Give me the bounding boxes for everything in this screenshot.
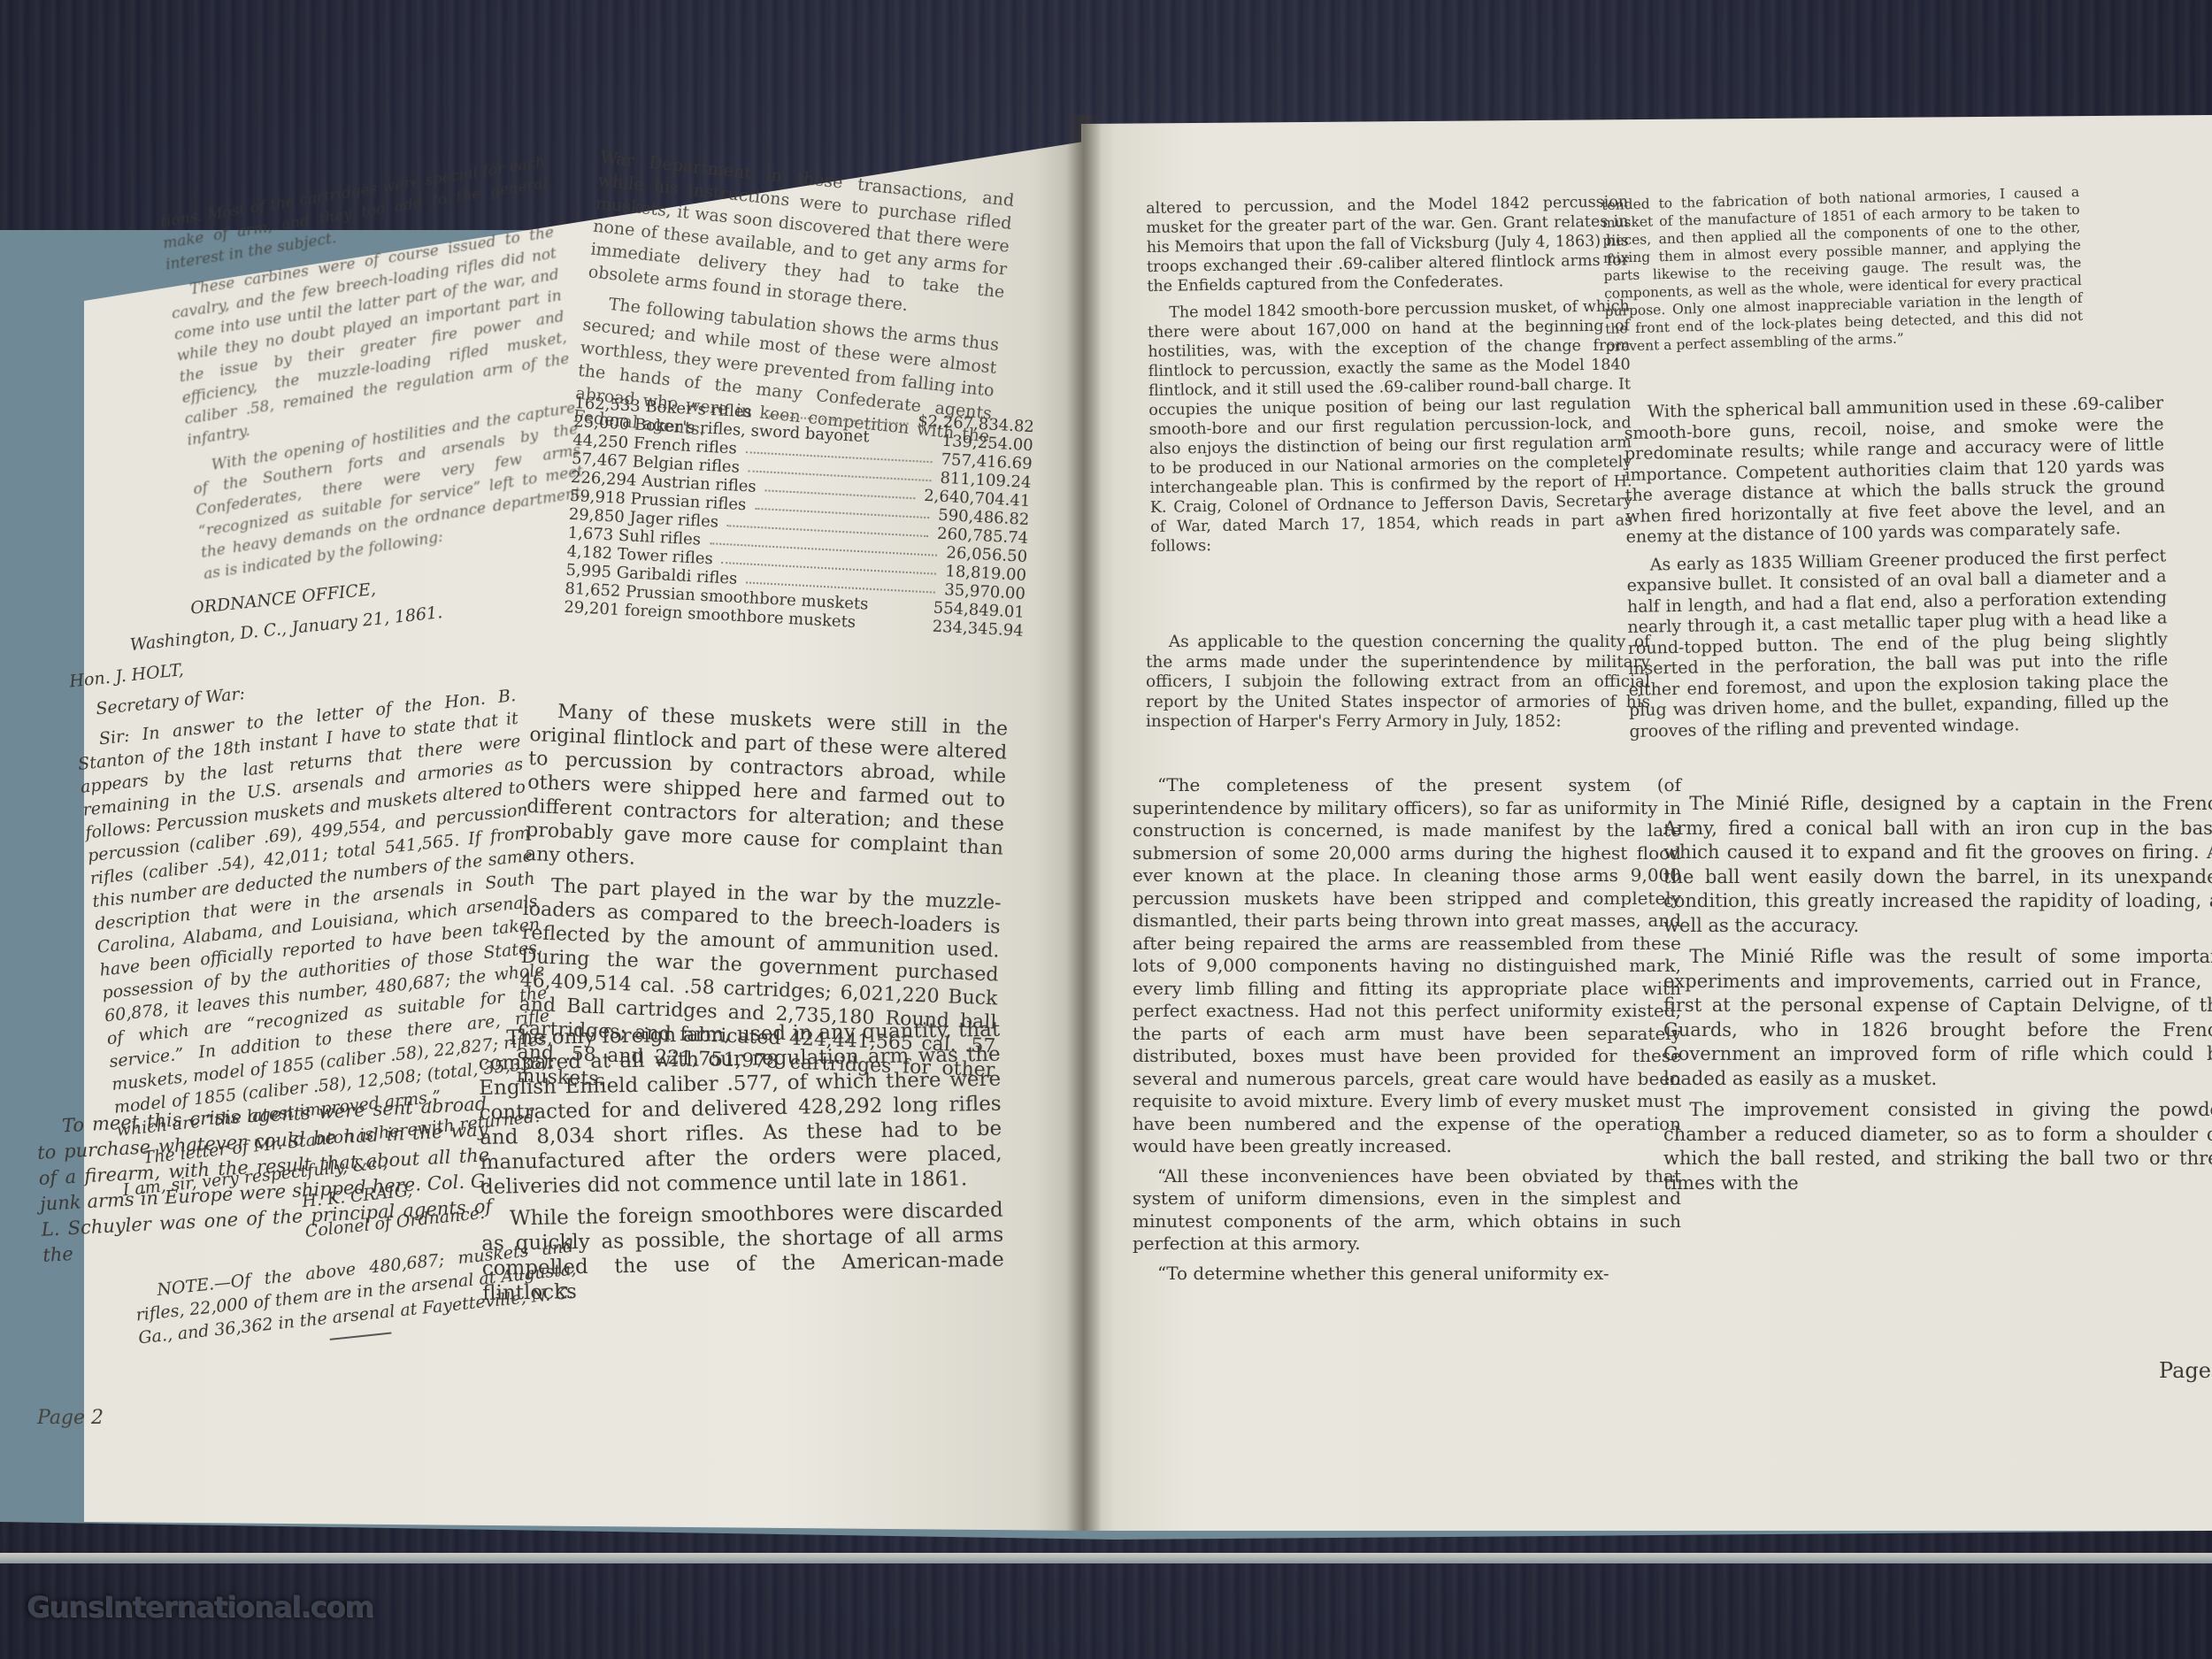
paragraph: While the foreign smoothbores were disca…: [481, 1198, 1005, 1306]
paragraph: The Minié Rifle was the result of some i…: [1663, 945, 2212, 1091]
paragraph: tended to the fabrication of both nation…: [1601, 183, 2084, 356]
watermark-logo: GunsInternational.com: [27, 1590, 373, 1624]
left-col1-intro: tions. Most of the cartridges were speci…: [159, 151, 590, 592]
arms-quantity: 1,673: [567, 524, 614, 545]
book-gutter: [1066, 115, 1102, 1531]
paragraph: To meet this crisis agents were sent abr…: [35, 1091, 494, 1268]
right-col1-quote-intro: As applicable to the question concerning…: [1146, 633, 1650, 740]
paragraph: As early as 1835 William Greener produce…: [1626, 546, 2170, 742]
page-number-left: Page 2: [37, 1407, 104, 1429]
right-col2-quote-cont: tended to the fabrication of both nation…: [1601, 183, 2084, 363]
paragraph: The improvement consisted in giving the …: [1663, 1098, 2212, 1195]
paragraph: “The completeness of the present system …: [1133, 774, 1681, 1158]
paragraph: The model 1842 smooth-bore percussion mu…: [1148, 296, 1633, 557]
divider: [330, 1333, 392, 1340]
leader-dots: [864, 613, 924, 629]
paragraph: “To determine whether this general unifo…: [1133, 1263, 1681, 1286]
leader-dots: [878, 428, 933, 444]
paragraph: With the spherical ball ammunition used …: [1624, 393, 2166, 548]
paragraph: “All these inconveniences have been obvi…: [1133, 1165, 1681, 1256]
paragraph: As applicable to the question concerning…: [1146, 633, 1650, 733]
arms-quantity: 4,182: [566, 542, 613, 564]
paragraph: The Minié Rifle, designed by a captain i…: [1663, 792, 2212, 938]
arms-purchase-table: 162,533 Boker's rifles$2,267,834.8225,00…: [564, 394, 1034, 641]
arms-quantity: 29,201: [564, 598, 620, 619]
crisis-paragraph: To meet this crisis agents were sent abr…: [35, 1091, 495, 1275]
right-col2-body: With the spherical ball ammunition used …: [1624, 393, 2170, 749]
page-number-right: Page: [2159, 1358, 2211, 1383]
left-col2-body-lower: The only foreign arm, used in any quanti…: [478, 1018, 1005, 1313]
right-col1-quote: “The completeness of the present system …: [1133, 774, 1681, 1292]
right-col1-body: altered to percussion, and the Model 184…: [1146, 192, 1633, 564]
right-col2-body-lower: The Minié Rifle, designed by a captain i…: [1663, 792, 2212, 1202]
paragraph: The only foreign arm, used in any quanti…: [478, 1018, 1002, 1200]
leader-dots: [877, 595, 925, 611]
page-bottom-edge: [0, 1553, 2212, 1563]
arms-quantity: 5,995: [565, 561, 612, 582]
paragraph: Many of these muskets were still in the …: [525, 699, 1009, 885]
paragraph: altered to percussion, and the Model 184…: [1146, 192, 1629, 296]
